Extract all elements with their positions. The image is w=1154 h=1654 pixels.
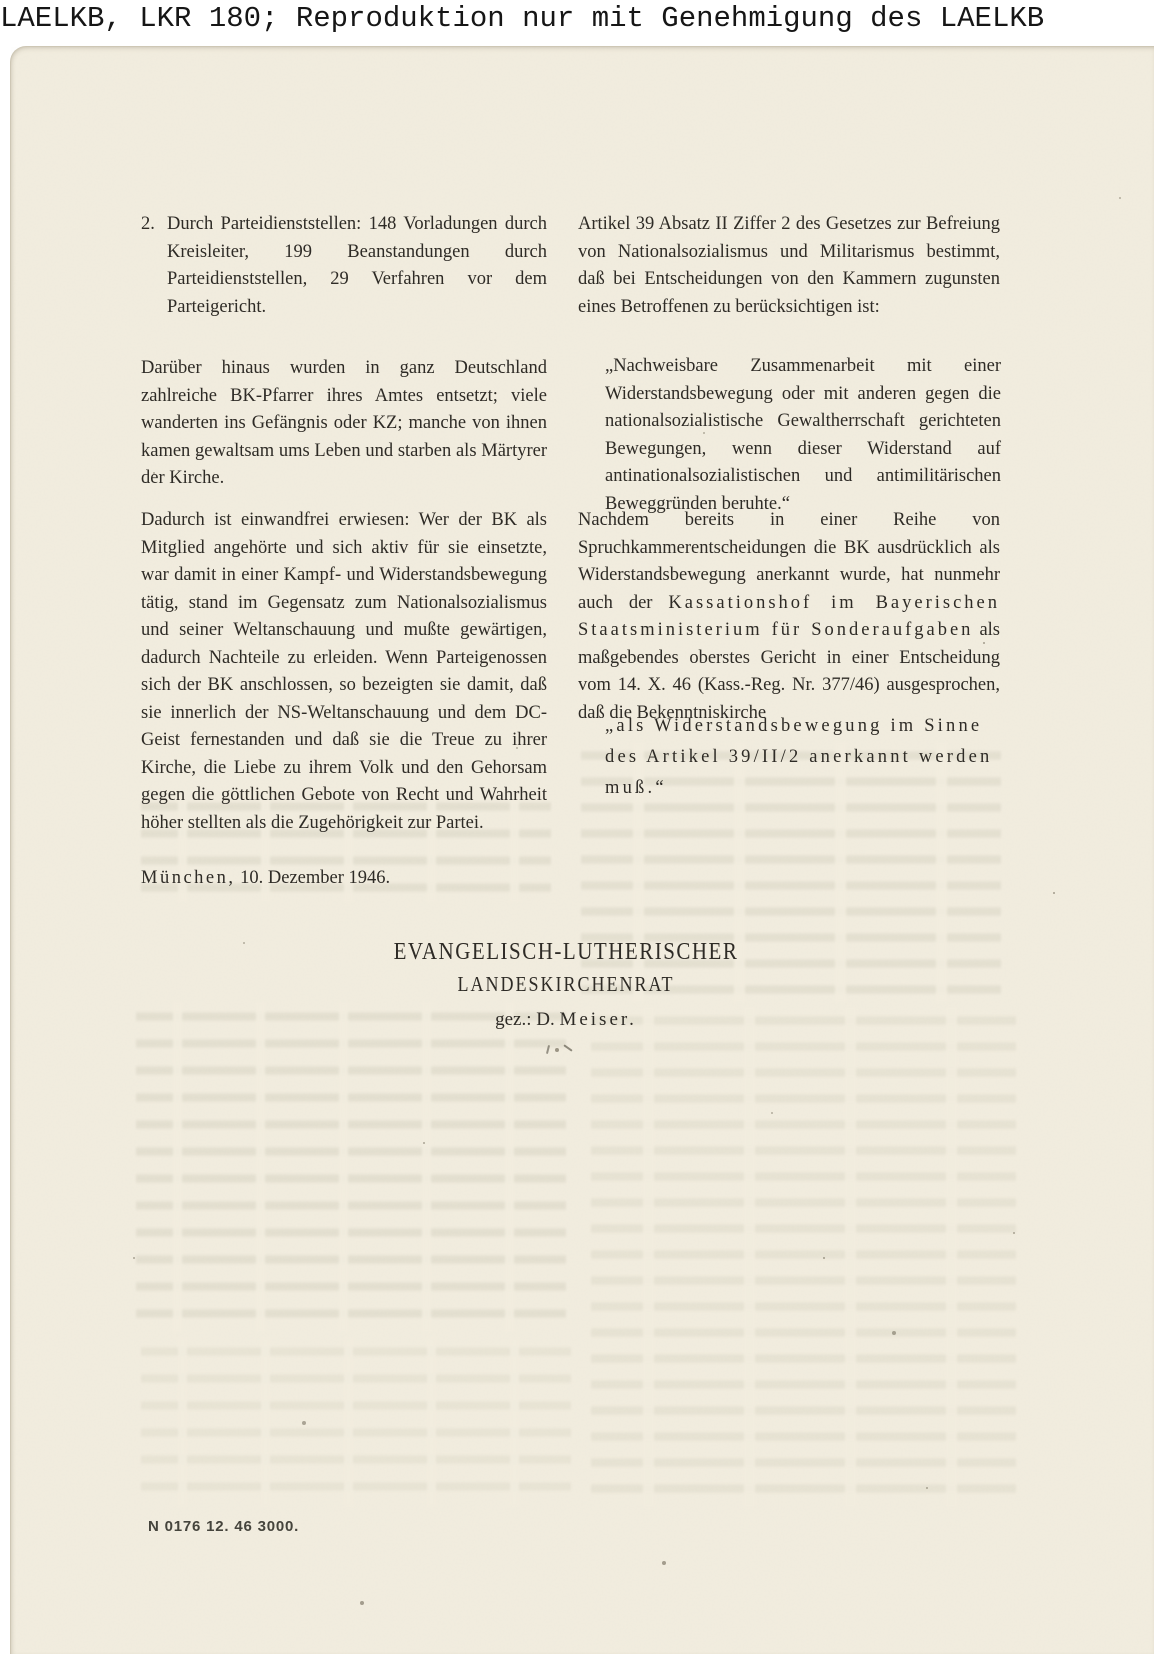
signature-block: EVANGELISCH-LUTHERISCHER LANDESKIRCHENRA… <box>331 935 801 1035</box>
right-column-paragraph: Artikel 39 Absatz II Ziffer 2 des Gesetz… <box>578 211 1000 321</box>
paper-fleck <box>546 1045 550 1054</box>
item-number: 2. <box>141 211 155 239</box>
dateline: München, 10. Dezember 1946. <box>141 865 547 893</box>
left-column-paragraph: Dadurch ist einwandfrei erwiesen: Wer de… <box>141 507 547 837</box>
signature-name: Meiser. <box>559 1009 636 1030</box>
left-column-numbered-item: 2. Durch Parteidienststellen: 148 Vorlad… <box>141 211 547 321</box>
item-text: Durch Parteidienststellen: 148 Vorladung… <box>167 211 547 321</box>
watermark-header: LAELKB, LKR 180; Reproduktion nur mit Ge… <box>0 0 1154 44</box>
scanned-page: 2. Durch Parteidienststellen: 148 Vorlad… <box>10 46 1154 1654</box>
paper-specks <box>11 47 13 49</box>
right-column-paragraph: Nachdem bereits in einer Reihe von Spruc… <box>578 507 1000 727</box>
dateline-city: München, <box>141 868 236 888</box>
quote-block: „als Widerstandsbewegung im Sinne des Ar… <box>605 711 1005 804</box>
quote-block: „Nachweisbare Zusammenarbeit mit einer W… <box>605 353 1001 518</box>
left-column-paragraph: Darüber hinaus wurden in ganz Deutschlan… <box>141 355 547 493</box>
signature-organization-line2: LANDESKIRCHENRAT <box>331 966 801 1004</box>
paper-fleck <box>563 1044 572 1051</box>
bleed-through-text <box>591 1007 1016 1507</box>
signature-name-line: gez.: D. Meiser. <box>331 1005 801 1035</box>
bleed-through-text <box>136 1002 566 1332</box>
watermark-text: LAELKB, LKR 180; Reproduktion nur mit Ge… <box>0 0 1154 38</box>
print-imprint: N 0176 12. 46 3000. <box>148 1518 299 1535</box>
signature-prefix: gez.: D. <box>495 1009 555 1030</box>
dateline-date: 10. Dezember 1946. <box>240 868 390 888</box>
scan-viewport: LAELKB, LKR 180; Reproduktion nur mit Ge… <box>0 0 1154 1654</box>
bleed-through-text <box>141 1337 571 1507</box>
